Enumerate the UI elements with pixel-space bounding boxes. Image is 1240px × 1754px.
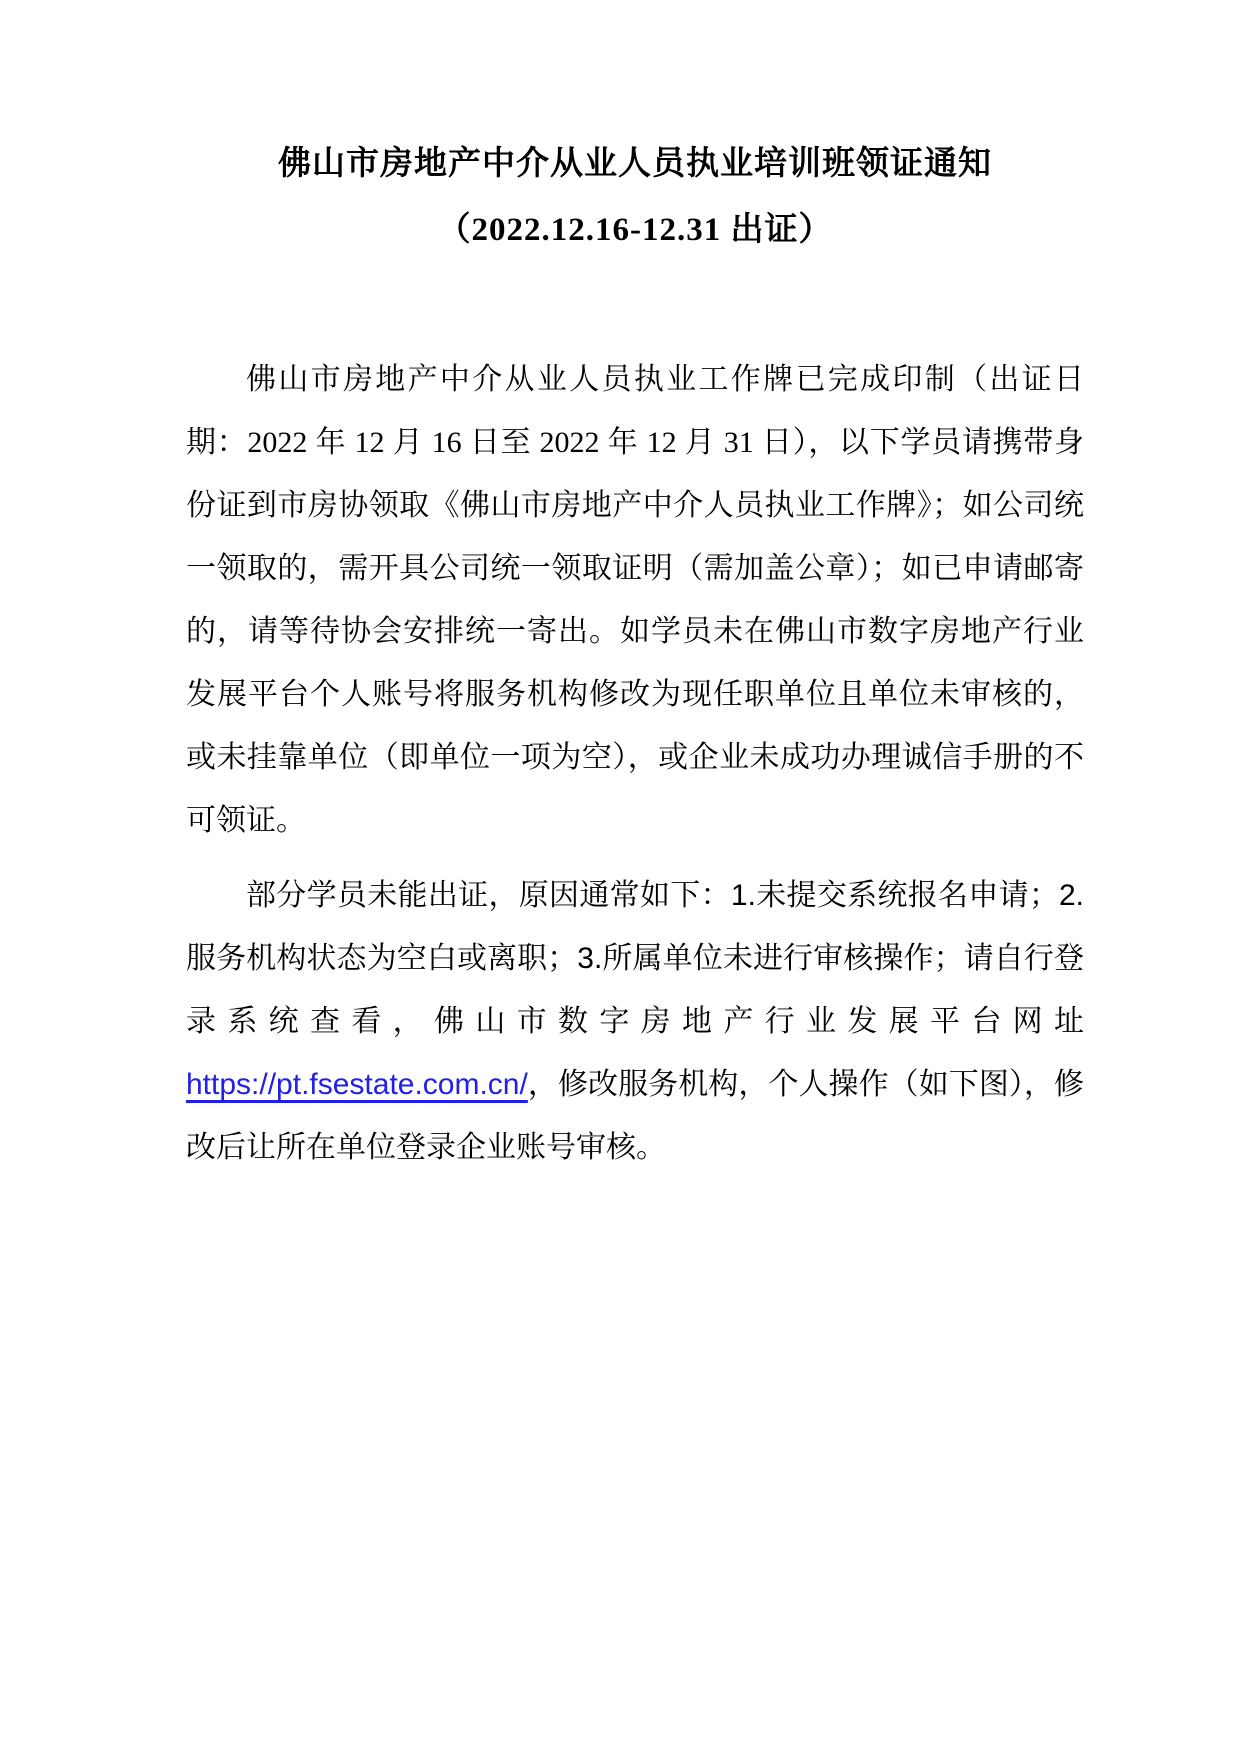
platform-url-link[interactable]: https://pt.fsestate.com.cn/ [186, 1068, 528, 1101]
p2-reason-number-3: 3. [577, 942, 602, 975]
document-title: 佛山市房地产中介从业人员执业培训班领证通知 [186, 131, 1084, 197]
paragraph-1-text: 佛山市房地产中介从业人员执业工作牌已完成印制（出证日期：2022 年 12 月 … [186, 363, 1084, 837]
paragraph-failure-reasons: 部分学员未能出证，原因通常如下：1.未提交系统报名申请；2.服务机构状态为空白或… [186, 864, 1084, 1179]
document-page: 佛山市房地产中介从业人员执业培训班领证通知 （2022.12.16-12.31 … [0, 0, 1240, 1754]
p2-reason-number-2: 2. [1059, 879, 1084, 912]
p2-intro-text: 部分学员未能出证，原因通常如下： [246, 879, 731, 912]
p2-reason-number-1: 1. [731, 879, 756, 912]
paragraph-notice-body: 佛山市房地产中介从业人员执业工作牌已完成印制（出证日期：2022 年 12 月 … [186, 348, 1084, 852]
p2-reason-1-text: 未提交系统报名申请； [756, 879, 1059, 912]
p2-reason-2-text: 服务机构状态为空白或离职； [186, 942, 577, 975]
document-subtitle: （2022.12.16-12.31 出证） [186, 197, 1084, 263]
